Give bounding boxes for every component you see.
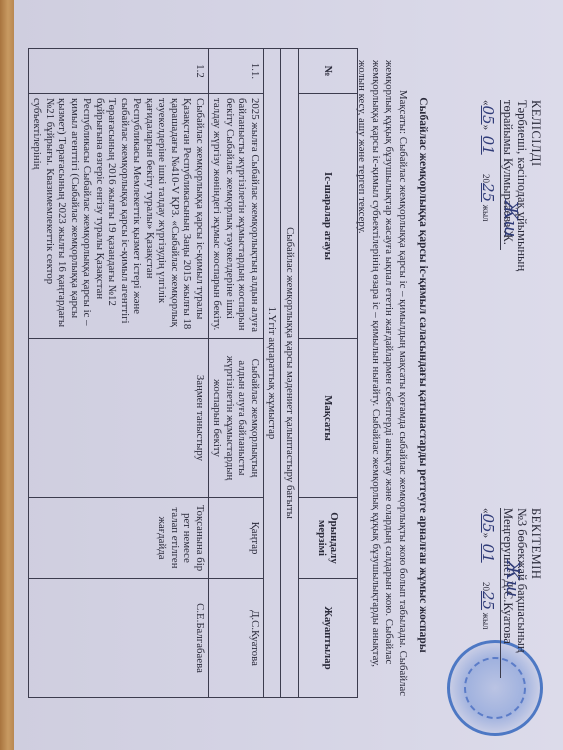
signature-left: Жш — [500, 200, 521, 237]
table-row: 1.2 Сыбайлас жемқорлыққа қарсы іс-қимыл … — [29, 49, 209, 698]
row-number: 1.2 — [29, 49, 209, 94]
date-left: «05» 01 2025 жыл — [479, 100, 497, 222]
agreed-position: Тәрбиеші, кәсіподақ ұйымының — [515, 100, 529, 271]
row-goal: Сыбайлас жемқорлықтың алдын алуға байлан… — [209, 339, 264, 498]
section-main-title: Сыбайлас жемқорлыққа қарсы мәдениет қалы… — [281, 49, 299, 698]
header-event-name: Іс-шаралар атауы — [299, 94, 358, 339]
header-responsible: Жауаптылар — [299, 579, 358, 698]
date-left-day: 05 — [479, 106, 497, 125]
date-right-suffix: жыл — [481, 613, 491, 630]
row-deadline: Қаңтар — [209, 498, 264, 579]
section-sub-title: 1.Үгіт ақпараттық жұмыстар — [264, 49, 282, 698]
date-left-month: 01 — [479, 136, 497, 155]
header-goal: Мақсаты — [299, 339, 358, 498]
work-plan-table: № Іс-шаралар атауы Мақсаты Орындалу мерз… — [28, 48, 358, 698]
row-number: 1.1. — [209, 49, 264, 94]
row-deadline: Тоқсанына бір рет немесе талап етілген ж… — [29, 498, 209, 579]
signature-line-left — [500, 100, 501, 250]
row-event-name: 2025 жылға Сыбайлас жемқорлықтың алдын а… — [209, 94, 264, 339]
paper-sheet: КЕЛІСІЛДІ Тәрбиеші, кәсіподақ ұйымының т… — [14, 0, 563, 750]
date-left-year: 25 — [479, 183, 497, 202]
row-goal: Заңмен таныстыру — [29, 339, 209, 498]
document-goal: Мақсаты: Сыбайлас жемқорлыққа қарсы іс –… — [355, 60, 409, 700]
row-responsible: Д.С.Куатова — [209, 579, 264, 698]
approval-block-agreed: КЕЛІСІЛДІ Тәрбиеші, кәсіподақ ұйымының т… — [501, 100, 543, 271]
date-right: «05» 01 2025 жыл — [479, 508, 497, 630]
approved-label: БЕКІТЕМІН — [529, 508, 543, 653]
stamp-seal-icon — [447, 640, 543, 736]
signature-line-right — [500, 508, 501, 678]
rotated-document: КЕЛІСІЛДІ Тәрбиеші, кәсіподақ ұйымының т… — [14, 0, 563, 750]
agreed-label: КЕЛІСІЛДІ — [529, 100, 543, 271]
date-right-year-prefix: 20 — [481, 582, 491, 591]
header-number: № — [299, 49, 358, 94]
date-left-year-prefix: 20 — [481, 174, 491, 183]
agreed-name: төрайымы Кулмырзаева Ж. — [501, 100, 515, 271]
table-header-row: № Іс-шаралар атауы Мақсаты Орындалу мерз… — [299, 49, 358, 698]
row-responsible: С.Е.Балгабаева — [29, 579, 209, 698]
document-title: Сыбайлас жемқорлыққа қарсы іс-қимыл сала… — [417, 0, 429, 750]
date-right-day: 05 — [479, 514, 497, 533]
date-right-year: 25 — [479, 591, 497, 610]
header-deadline: Орындалу мерзімі — [299, 498, 358, 579]
table-row: 1.1. 2025 жылға Сыбайлас жемқорлықтың ал… — [209, 49, 264, 698]
signature-right: Жш — [502, 560, 523, 597]
date-left-suffix: жыл — [481, 205, 491, 222]
row-event-name: Сыбайлас жемқорлыққа қарсы іс-қимыл тура… — [29, 94, 209, 339]
section-row-sub: 1.Үгіт ақпараттық жұмыстар — [264, 49, 282, 698]
date-right-month: 01 — [479, 544, 497, 563]
section-row-main: Сыбайлас жемқорлыққа қарсы мәдениет қалы… — [281, 49, 299, 698]
